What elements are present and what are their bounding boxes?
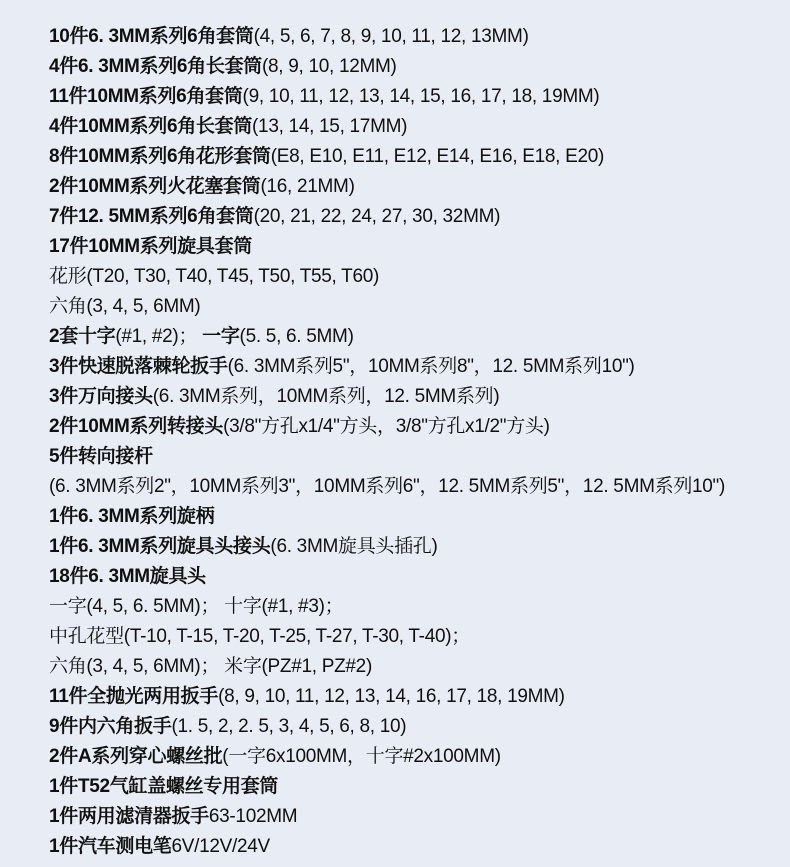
spec-item-label: 10件6. 3MM系列6角套筒 xyxy=(49,26,254,47)
spec-line: 17件10MM系列旋具套筒 xyxy=(49,232,780,262)
product-spec-page: 10件6. 3MM系列6角套筒(4, 5, 6, 7, 8, 9, 10, 11… xyxy=(0,0,790,867)
spec-item-values: 中孔花型(T-10, T-15, T-20, T-25, T-27, T-30,… xyxy=(49,626,470,647)
spec-line: 3件万向接头(6. 3MM系列，10MM系列，12. 5MM系列) xyxy=(49,382,780,412)
spec-item-values: (16, 21MM) xyxy=(260,176,354,197)
spec-item-values: (3/8"方孔x1/4"方头，3/8"方孔x1/2"方头) xyxy=(223,416,550,437)
spec-item-label: 7件12. 5MM系列6角套筒 xyxy=(49,206,254,227)
spec-item-values: 六角(3, 4, 5, 6MM)； 米字(PZ#1, PZ#2) xyxy=(49,656,372,677)
spec-line: 2件A系列穿心螺丝批(一字6x100MM，十字#2x100MM) xyxy=(49,742,780,772)
spec-item-label: 8件10MM系列6角花形套筒 xyxy=(49,146,271,167)
spec-item-label: 2件A系列穿心螺丝批 xyxy=(49,746,222,767)
spec-line: 4件6. 3MM系列6角长套筒(8, 9, 10, 12MM) xyxy=(49,52,780,82)
spec-item-label: 18件6. 3MM旋具头 xyxy=(49,566,206,587)
spec-item-values: 花形(T20, T30, T40, T45, T50, T55, T60) xyxy=(49,266,379,287)
spec-item-label: 3件万向接头 xyxy=(49,386,153,407)
spec-line: 3件快速脱落棘轮扳手(6. 3MM系列5"，10MM系列8"，12. 5MM系列… xyxy=(49,352,780,382)
spec-line: 六角(3, 4, 5, 6MM)； 米字(PZ#1, PZ#2) xyxy=(49,652,780,682)
spec-item-label: 1件两用滤清器扳手 xyxy=(49,806,209,827)
spec-line: 一字(4, 5, 6. 5MM)； 十字(#1, #3)； xyxy=(49,592,780,622)
spec-line: 1件6. 3MM系列旋柄 xyxy=(49,502,780,532)
spec-item-label: 一字 xyxy=(202,326,239,347)
spec-item-values: (20, 21, 22, 24, 27, 30, 32MM) xyxy=(254,206,501,227)
spec-line: 2件10MM系列火花塞套筒(16, 21MM) xyxy=(49,172,780,202)
spec-line: 2件10MM系列转接头(3/8"方孔x1/4"方头，3/8"方孔x1/2"方头) xyxy=(49,412,780,442)
spec-item-values: (13, 14, 15, 17MM) xyxy=(252,116,407,137)
spec-line: 花形(T20, T30, T40, T45, T50, T55, T60) xyxy=(49,262,780,292)
spec-item-values: (6. 3MM系列2"，10MM系列3"，10MM系列6"，12. 5MM系列5… xyxy=(49,476,725,497)
spec-item-label: 11件全抛光两用扳手 xyxy=(49,686,218,707)
spec-item-values: (一字6x100MM，十字#2x100MM) xyxy=(222,746,500,767)
spec-item-values: (1. 5, 2, 2. 5, 3, 4, 5, 6, 8, 10) xyxy=(171,716,406,737)
spec-line: 2套十字(#1, #2)； 一字(5. 5, 6. 5MM) xyxy=(49,322,780,352)
spec-item-values: (6. 3MM系列5"，10MM系列8"，12. 5MM系列10") xyxy=(228,356,635,377)
spec-line: 1件6. 3MM系列旋具头接头(6. 3MM旋具头插孔) xyxy=(49,532,780,562)
spec-line: 1件汽车测电笔6V/12V/24V xyxy=(49,832,780,862)
spec-item-values: (8, 9, 10, 12MM) xyxy=(262,56,397,77)
spec-item-label: 17件10MM系列旋具套筒 xyxy=(49,236,252,257)
spec-item-label: 2件10MM系列转接头 xyxy=(49,416,223,437)
spec-item-values: 一字(4, 5, 6. 5MM)； 十字(#1, #3)； xyxy=(49,596,343,617)
spec-item-label: 2套十字 xyxy=(49,326,115,347)
spec-item-values: (5. 5, 6. 5MM) xyxy=(240,326,354,347)
spec-item-values: (#1, #2)； xyxy=(115,326,202,347)
spec-list: 10件6. 3MM系列6角套筒(4, 5, 6, 7, 8, 9, 10, 11… xyxy=(49,22,780,862)
spec-item-values: (8, 9, 10, 11, 12, 13, 14, 16, 17, 18, 1… xyxy=(218,686,565,707)
spec-item-values: (6. 3MM系列，10MM系列，12. 5MM系列) xyxy=(153,386,500,407)
spec-line: 10件6. 3MM系列6角套筒(4, 5, 6, 7, 8, 9, 10, 11… xyxy=(49,22,780,52)
spec-item-values: (6. 3MM旋具头插孔) xyxy=(270,536,437,557)
spec-line: 中孔花型(T-10, T-15, T-20, T-25, T-27, T-30,… xyxy=(49,622,780,652)
spec-line: 11件10MM系列6角套筒(9, 10, 11, 12, 13, 14, 15,… xyxy=(49,82,780,112)
spec-item-values: (9, 10, 11, 12, 13, 14, 15, 16, 17, 18, … xyxy=(243,86,600,107)
spec-item-label: 9件内六角扳手 xyxy=(49,716,171,737)
spec-item-values: (4, 5, 6, 7, 8, 9, 10, 11, 12, 13MM) xyxy=(254,26,529,47)
spec-line: 18件6. 3MM旋具头 xyxy=(49,562,780,592)
spec-item-label: 1件6. 3MM系列旋柄 xyxy=(49,506,214,527)
spec-line: 1件T52气缸盖螺丝专用套筒 xyxy=(49,772,780,802)
spec-item-values: 63-102MM xyxy=(209,806,297,827)
spec-line: 8件10MM系列6角花形套筒(E8, E10, E11, E12, E14, E… xyxy=(49,142,780,172)
spec-line: (6. 3MM系列2"，10MM系列3"，10MM系列6"，12. 5MM系列5… xyxy=(49,472,780,502)
spec-line: 1件两用滤清器扳手63-102MM xyxy=(49,802,780,832)
spec-item-label: 4件6. 3MM系列6角长套筒 xyxy=(49,56,262,77)
spec-line: 9件内六角扳手(1. 5, 2, 2. 5, 3, 4, 5, 6, 8, 10… xyxy=(49,712,780,742)
spec-line: 5件转向接杆 xyxy=(49,442,780,472)
spec-item-values: 六角(3, 4, 5, 6MM) xyxy=(49,296,200,317)
spec-item-label: 4件10MM系列6角长套筒 xyxy=(49,116,252,137)
spec-item-label: 5件转向接杆 xyxy=(49,446,153,467)
spec-line: 7件12. 5MM系列6角套筒(20, 21, 22, 24, 27, 30, … xyxy=(49,202,780,232)
spec-line: 11件全抛光两用扳手(8, 9, 10, 11, 12, 13, 14, 16,… xyxy=(49,682,780,712)
spec-item-label: 1件6. 3MM系列旋具头接头 xyxy=(49,536,270,557)
spec-item-label: 1件T52气缸盖螺丝专用套筒 xyxy=(49,776,278,797)
spec-item-values: 6V/12V/24V xyxy=(171,836,269,857)
spec-item-label: 2件10MM系列火花塞套筒 xyxy=(49,176,260,197)
spec-item-label: 3件快速脱落棘轮扳手 xyxy=(49,356,228,377)
spec-item-label: 11件10MM系列6角套筒 xyxy=(49,86,243,107)
spec-item-label: 1件汽车测电笔 xyxy=(49,836,171,857)
spec-item-values: (E8, E10, E11, E12, E14, E16, E18, E20) xyxy=(271,146,604,167)
spec-line: 4件10MM系列6角长套筒(13, 14, 15, 17MM) xyxy=(49,112,780,142)
spec-line: 六角(3, 4, 5, 6MM) xyxy=(49,292,780,322)
